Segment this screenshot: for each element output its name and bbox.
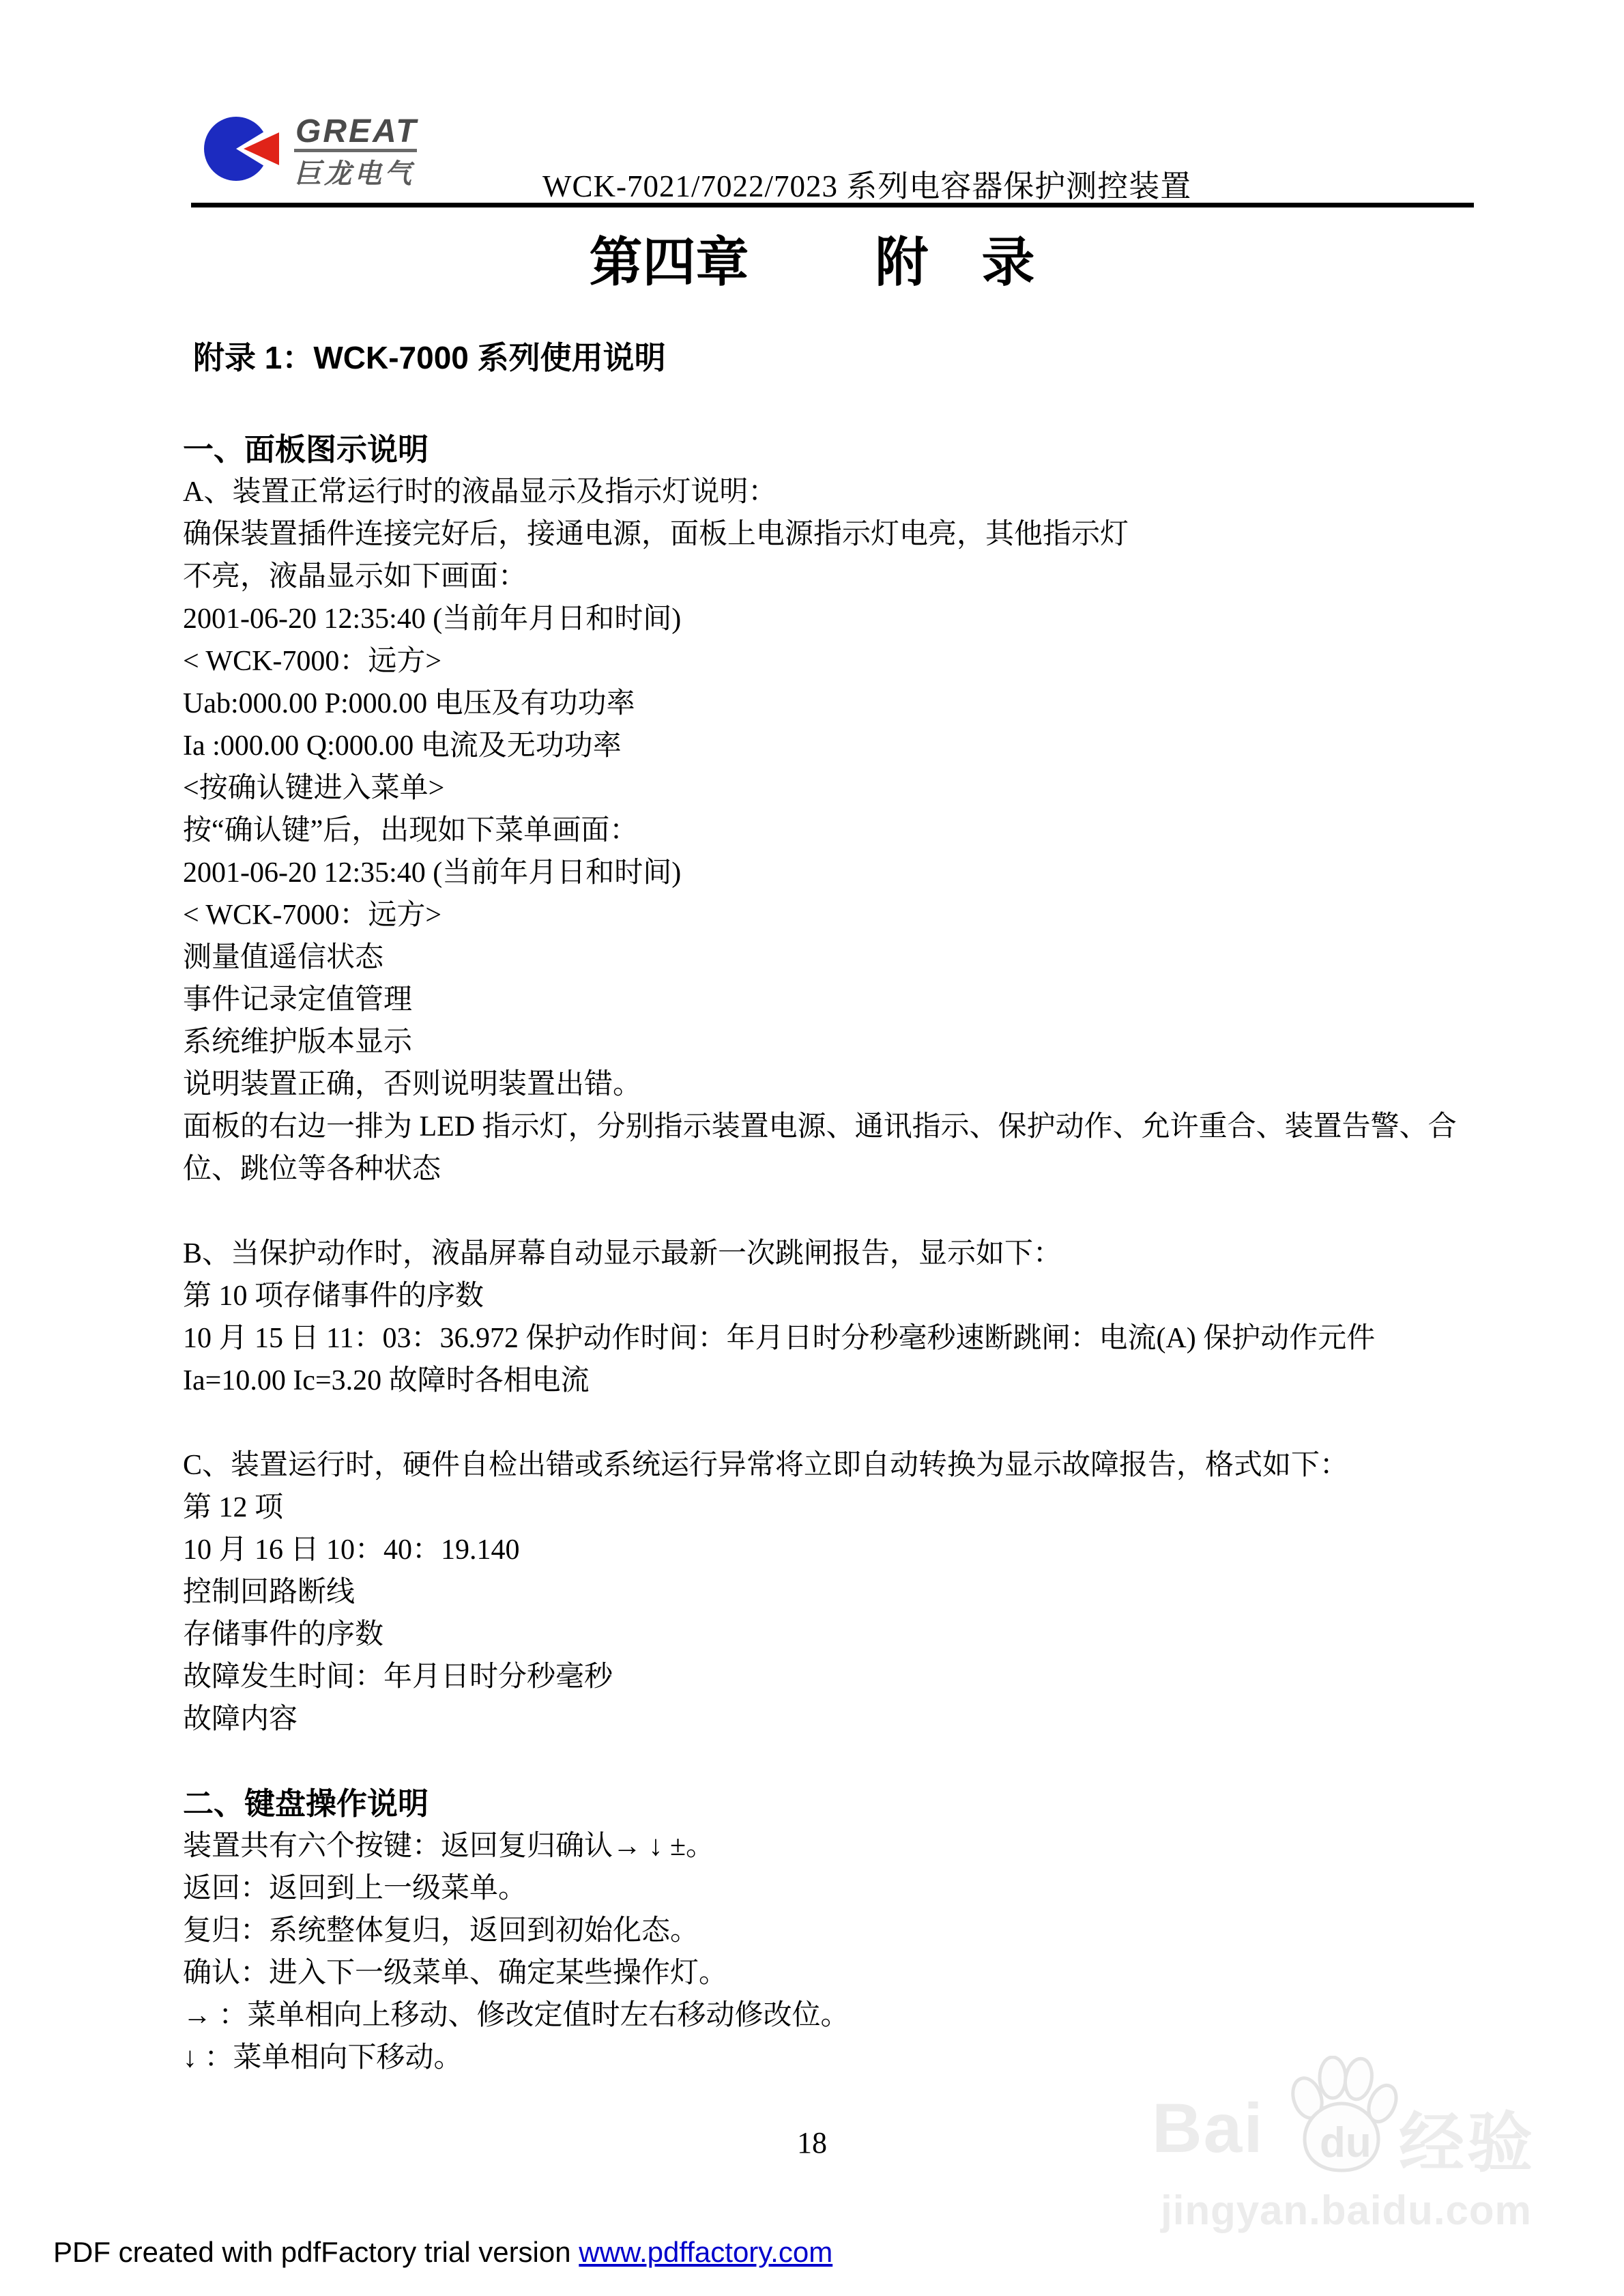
watermark-bai-text: Bai bbox=[1152, 2089, 1264, 2168]
header-rule bbox=[191, 203, 1474, 207]
body-line: C、装置运行时，硬件自检出错或系统运行异常将立即自动转换为显示故障报告，格式如下… bbox=[183, 1444, 1486, 1487]
body-line: 2001-06-20 12:35:40 (当前年月日和时间) bbox=[183, 852, 1486, 894]
body-line: <按确认键进入菜单> bbox=[183, 767, 1486, 809]
body-line: 2001-06-20 12:35:40 (当前年月日和时间) bbox=[183, 598, 1486, 640]
body-line: < WCK-7000：远方> bbox=[183, 894, 1486, 936]
body-line: 装置共有六个按键：返回复归确认→ ↓ ±。 bbox=[183, 1825, 1486, 1867]
body-line: A、装置正常运行时的液晶显示及指示灯说明： bbox=[183, 471, 1486, 513]
body-blank-line bbox=[183, 1740, 1486, 1783]
watermark-du-text: du bbox=[1320, 2119, 1372, 2166]
baidu-watermark: Bai du 经验 jingyan.baidu.com bbox=[1152, 2056, 1541, 2232]
body-line: B、当保护动作时，液晶屏幕自动显示最新一次跳闸报告，显示如下： bbox=[183, 1233, 1486, 1275]
body-line: 确保装置插件连接完好后，接通电源，面板上电源指示灯电亮，其他指示灯 bbox=[183, 513, 1486, 556]
body-line: 故障内容 bbox=[183, 1698, 1486, 1740]
body-line: 第 10 项存储事件的序数 bbox=[183, 1275, 1486, 1317]
chapter-name: 附 录 bbox=[875, 233, 1035, 292]
appendix-title: 附录 1：WCK-7000 系列使用说明 bbox=[193, 333, 666, 378]
document-page: GREAT 巨龙电气 WCK-7021/7022/7023 系列电容器保护测控装… bbox=[0, 0, 1624, 2296]
body-line: Ia=10.00 Ic=3.20 故障时各相电流 bbox=[183, 1360, 1486, 1402]
body-line: 故障发生时间：年月日时分秒毫秒 bbox=[183, 1656, 1486, 1698]
body-text: 一、面板图示说明A、装置正常运行时的液晶显示及指示灯说明：确保装置插件连接完好后… bbox=[183, 429, 1486, 2079]
body-line: 10 月 15 日 11：03：36.972 保护动作时间：年月日时分秒毫秒速断… bbox=[183, 1317, 1486, 1360]
logo-brand-cn: 巨龙电气 bbox=[294, 159, 415, 189]
body-line: 返回：返回到上一级菜单。 bbox=[183, 1867, 1486, 1910]
body-line: 不亮，液晶显示如下画面： bbox=[183, 556, 1486, 598]
body-line: 位、跳位等各种状态 bbox=[183, 1148, 1486, 1190]
body-line: 测量值遥信状态 bbox=[183, 936, 1486, 979]
body-line: → ：菜单相向上移动、修改定值时左右移动修改位。 bbox=[183, 1994, 1486, 2037]
body-line: 二、键盘操作说明 bbox=[183, 1783, 1486, 1825]
company-logo: GREAT 巨龙电气 bbox=[200, 106, 432, 192]
body-line: 系统维护版本显示 bbox=[183, 1021, 1486, 1063]
body-line: 面板的右边一排为 LED 指示灯，分别指示装置电源、通讯指示、保护动作、允许重合… bbox=[183, 1106, 1486, 1148]
paw-icon: du bbox=[1281, 2056, 1401, 2189]
doc-title: WCK-7021/7022/7023 系列电容器保护测控装置 bbox=[542, 161, 1191, 205]
body-line: 事件记录定值管理 bbox=[183, 979, 1486, 1021]
body-line: 存储事件的序数 bbox=[183, 1613, 1486, 1656]
body-line: Uab:000.00 P:000.00 电压及有功功率 bbox=[183, 683, 1486, 725]
logo-graphic: GREAT 巨龙电气 bbox=[200, 106, 432, 192]
body-line: 10 月 16 日 10：40：19.140 bbox=[183, 1529, 1486, 1571]
body-blank-line bbox=[183, 1190, 1486, 1233]
chapter-label: 第四章 bbox=[589, 233, 749, 292]
body-line: Ia :000.00 Q:000.00 电流及无功功率 bbox=[183, 725, 1486, 767]
body-line: 确认：进入下一级菜单、确定某些操作灯。 bbox=[183, 1952, 1486, 1994]
footer: PDF created with pdfFactory trial versio… bbox=[53, 2236, 832, 2269]
footer-link[interactable]: www.pdffactory.com bbox=[579, 2236, 832, 2268]
footer-text: PDF created with pdfFactory trial versio… bbox=[53, 2236, 579, 2268]
body-line: < WCK-7000：远方> bbox=[183, 640, 1486, 683]
body-line: 第 12 项 bbox=[183, 1487, 1486, 1529]
watermark-cn-text: 经验 bbox=[1399, 2091, 1535, 2185]
body-line: 复归：系统整体复归，返回到初始化态。 bbox=[183, 1910, 1486, 1952]
body-line: 说明装置正确，否则说明装置出错。 bbox=[183, 1063, 1486, 1106]
body-blank-line bbox=[183, 1402, 1486, 1444]
body-line: 控制回路断线 bbox=[183, 1571, 1486, 1613]
body-line: 一、面板图示说明 bbox=[183, 429, 1486, 471]
chapter-title: 第四章附 录 bbox=[0, 220, 1624, 296]
logo-brand-en: GREAT bbox=[295, 113, 418, 149]
logo-mark-icon bbox=[204, 117, 279, 181]
logo-underline bbox=[294, 149, 417, 152]
body-line: 按“确认键”后，出现如下菜单画面： bbox=[183, 809, 1486, 852]
watermark-url: jingyan.baidu.com bbox=[1152, 2187, 1541, 2234]
